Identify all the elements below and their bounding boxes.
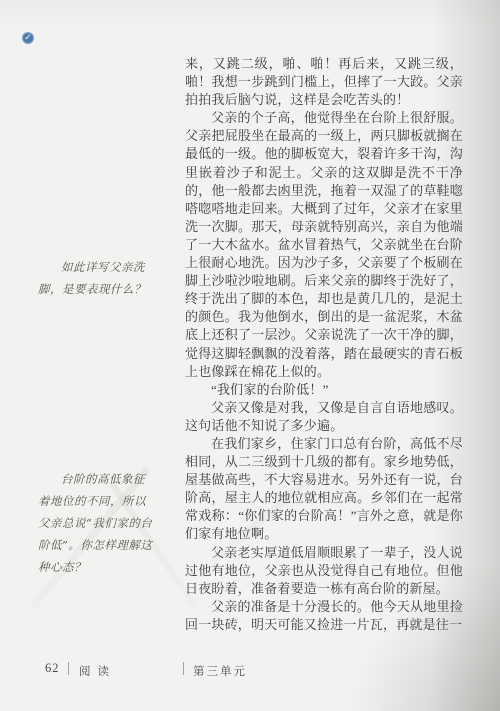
body-paragraph-quote: “我们家的台阶低！” <box>185 381 463 399</box>
section-label: 阅读 <box>79 663 116 679</box>
margin-note-question-1: 如此详写父亲洗脚，是要表现什么？ <box>38 256 156 300</box>
margin-note-question-2: 台阶的高低象征着地位的不同，所以父亲总说“我们家的台阶低”。你怎样理解这种心态？ <box>38 468 156 578</box>
body-paragraph: 父亲老实厚道低眉顺眼累了一辈子，没人说过他有地位，父亲也从没觉得自己有地位。但他… <box>185 544 463 598</box>
body-paragraph: 来，又跳二级，啪、啪！再后来，又跳三级，啪！我想一步跳到门槛上，但摔了一大跤。父… <box>185 55 463 109</box>
page-footer: 62 阅读 第三单元 <box>0 660 500 678</box>
footer-divider <box>68 662 69 675</box>
textbook-page: ✓ 如此详写父亲洗脚，是要表现什么？ 台阶的高低象征着地位的不同，所以父亲总说“… <box>0 0 500 711</box>
annotation-check-badge-icon[interactable]: ✓ <box>22 32 34 44</box>
body-paragraph: 父亲又像是对我，又像是自言自语地感叹。这句话他不知说了多少遍。 <box>185 399 463 435</box>
unit-label: 第三单元 <box>193 663 247 679</box>
body-paragraph: 父亲的个子高，他觉得坐在台阶上很舒服。父亲把屁股坐在最高的一级上，两只脚板就搁在… <box>185 109 463 380</box>
footer-divider <box>183 662 184 675</box>
body-paragraph: 在我们家乡，住家门口总有台阶，高低不尽相同，从二三级到十几级的都有。家乡地势低，… <box>185 435 463 544</box>
main-text-column: 来，又跳二级，啪、啪！再后来，又跳三级，啪！我想一步跳到门槛上，但摔了一大跤。父… <box>185 55 463 634</box>
body-paragraph: 父亲的准备是十分漫长的。他今天从地里捡回一块砖，明天可能又捡进一片瓦，再就是往一 <box>185 598 463 634</box>
page-number: 62 <box>45 661 60 676</box>
